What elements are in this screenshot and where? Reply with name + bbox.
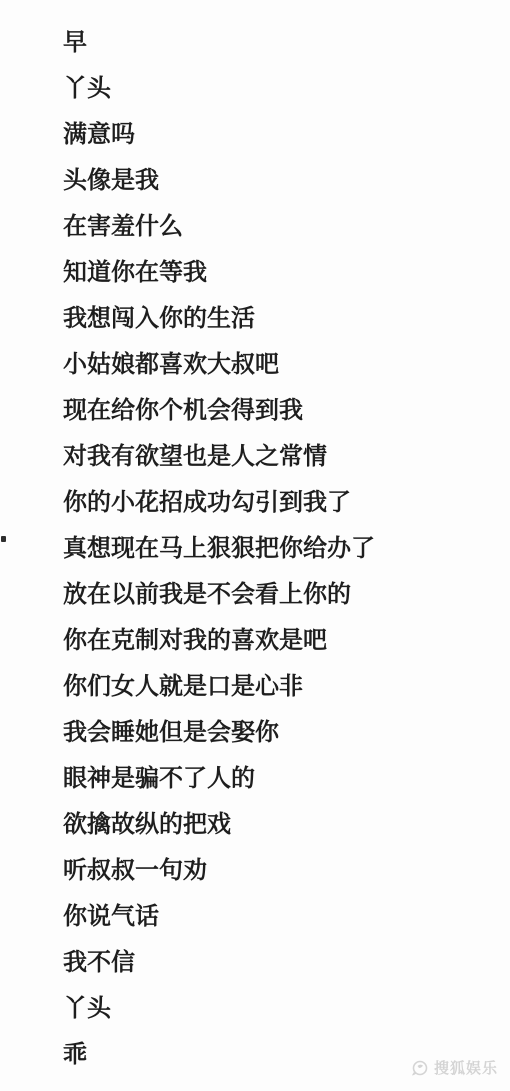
watermark-text: 搜狐娱乐 bbox=[434, 1057, 498, 1078]
text-lines: 早 丫头 满意吗 头像是我 在害羞什么 知道你在等我 我想闯入你的生活 小姑娘都… bbox=[63, 20, 375, 1078]
text-line: 欲擒故纵的把戏 bbox=[63, 802, 375, 848]
text-line: 我不信 bbox=[63, 940, 375, 986]
text-image-canvas: 早 丫头 满意吗 头像是我 在害羞什么 知道你在等我 我想闯入你的生活 小姑娘都… bbox=[0, 0, 510, 1091]
text-line: 小姑娘都喜欢大叔吧 bbox=[63, 342, 375, 388]
text-line: 我会睡她但是会娶你 bbox=[63, 710, 375, 756]
text-line: 你在克制对我的喜欢是吧 bbox=[63, 618, 375, 664]
text-line: 我想闯入你的生活 bbox=[63, 296, 375, 342]
text-line: 知道你在等我 bbox=[63, 250, 375, 296]
text-line: 眼神是骗不了人的 bbox=[63, 756, 375, 802]
text-line: 放在以前我是不会看上你的 bbox=[63, 572, 375, 618]
text-line: 乖 bbox=[63, 1032, 375, 1078]
text-line: 听叔叔一句劝 bbox=[63, 848, 375, 894]
text-line: 早 bbox=[63, 20, 375, 66]
text-line: 你们女人就是口是心非 bbox=[63, 664, 375, 710]
text-line: 真想现在马上狠狠把你给办了 bbox=[63, 526, 375, 572]
text-line: 丫头 bbox=[63, 66, 375, 112]
text-line: 你的小花招成功勾引到我了 bbox=[63, 480, 375, 526]
text-line: 满意吗 bbox=[63, 112, 375, 158]
text-line: 你说气话 bbox=[63, 894, 375, 940]
text-line: 丫头 bbox=[63, 986, 375, 1032]
text-line: 现在给你个机会得到我 bbox=[63, 388, 375, 434]
text-line: 头像是我 bbox=[63, 158, 375, 204]
sohu-fox-icon bbox=[411, 1059, 429, 1077]
watermark: 搜狐娱乐 bbox=[411, 1057, 498, 1078]
stray-mark bbox=[1, 536, 6, 542]
text-line: 在害羞什么 bbox=[63, 204, 375, 250]
text-line: 对我有欲望也是人之常情 bbox=[63, 434, 375, 480]
